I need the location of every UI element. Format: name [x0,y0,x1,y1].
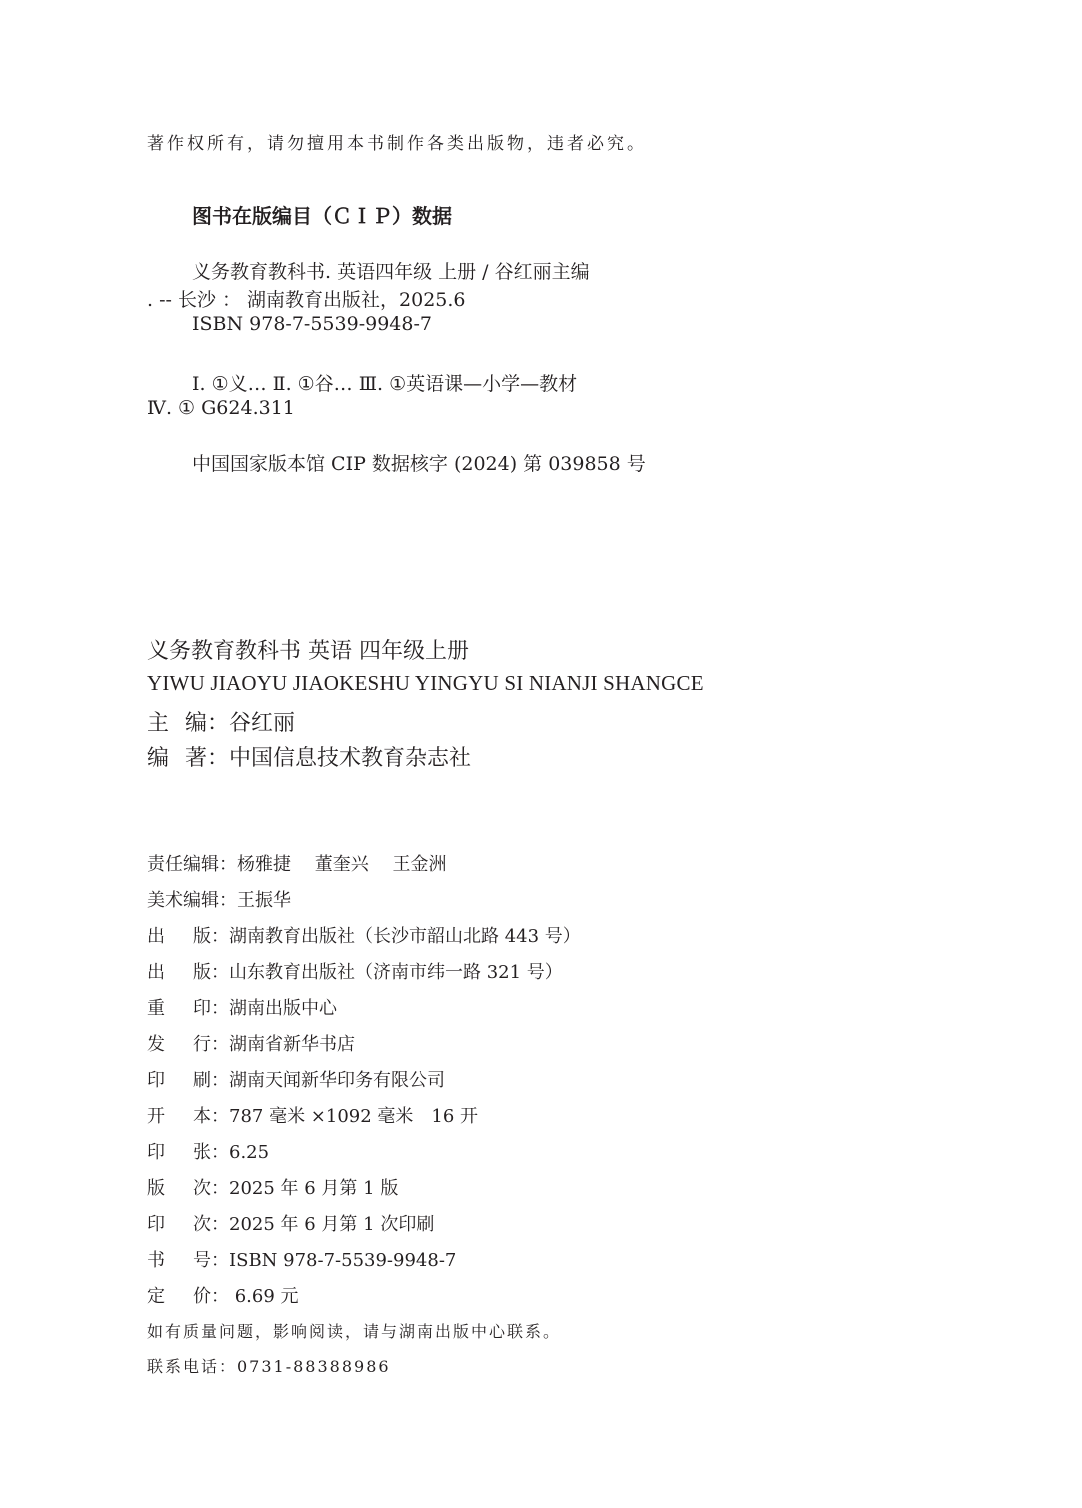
credit-chief-editor: 主编：谷红丽 [147,706,295,737]
cip-line-publisher: . -- 长沙 ： 湖南教育出版社，2025.6 [147,285,466,312]
colophon-responsible-editors: 责任编辑：杨雅捷 董奎兴 王金洲 [147,850,446,876]
colophon-sheets: 印张：6.25 [147,1138,269,1164]
contact-phone: 联系电话：0731-88388986 [147,1354,391,1377]
colophon-edition: 版次：2025 年 6 月第 1 版 [147,1174,398,1200]
book-title: 义务教育教科书 英语 四年级上册 [147,634,469,665]
colophon-isbn: 书号：ISBN 978-7-5539-9948-7 [147,1246,456,1272]
colophon-format: 开本：787 毫米 ×1092 毫米 16 开 [147,1102,478,1128]
colophon-impression: 印次：2025 年 6 月第 1 次印刷 [147,1210,434,1236]
copyright-notice: 著作权所有，请勿擅用本书制作各类出版物，违者必究。 [147,129,647,154]
credit-compiler: 编著：中国信息技术教育杂志社 [147,741,471,772]
colophon-publisher-shandong: 出版：山东教育出版社（济南市纬一路 321 号） [147,958,563,984]
quality-notice: 如有质量问题，影响阅读，请与湖南出版中心联系。 [147,1319,561,1342]
colophon-reprint: 重印：湖南出版中心 [147,994,337,1020]
colophon-price: 定价： 6.69 元 [147,1282,299,1308]
cip-line-classification-number: Ⅳ. ① G624.311 [147,397,295,419]
colophon-art-editor: 美术编辑：王振华 [147,886,291,912]
cip-line-title: 义务教育教科书. 英语四年级 上册 / 谷红丽主编 [192,257,590,284]
cip-line-classification: Ⅰ. ①义… Ⅱ. ①谷… Ⅲ. ①英语课—小学—教材 [192,369,577,396]
colophon-printer: 印刷：湖南天闻新华印务有限公司 [147,1066,445,1092]
colophon-distribution: 发行：湖南省新华书店 [147,1030,355,1056]
cip-line-isbn: ISBN 978-7-5539-9948-7 [192,313,432,335]
colophon-publisher-hunan: 出版：湖南教育出版社（长沙市韶山北路 443 号） [147,922,581,948]
cip-line-verification: 中国国家版本馆 CIP 数据核字 (2024) 第 039858 号 [192,449,646,476]
book-pinyin-title: YIWU JIAOYU JIAOKESHU YINGYU SI NIANJI S… [147,671,704,696]
cip-title: 图书在版编目（ＣＩＰ）数据 [192,200,452,229]
